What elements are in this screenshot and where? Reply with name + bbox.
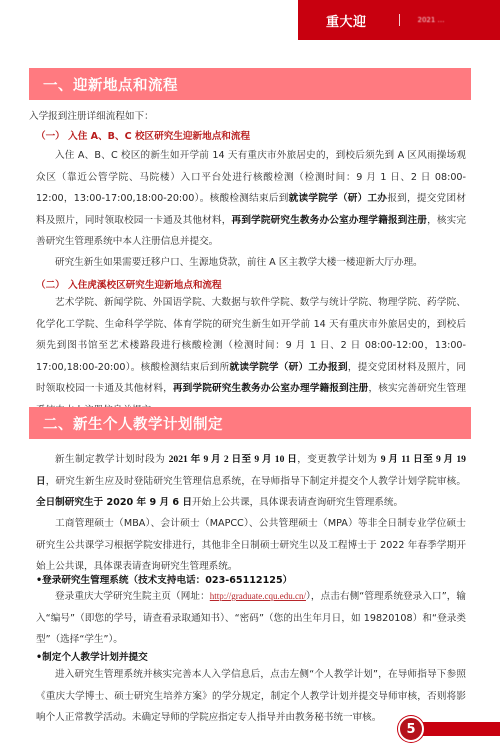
banner-subtitle: 2021 …	[418, 16, 445, 24]
banner-divider	[399, 14, 400, 26]
paragraph-household-registration: 研究生新生如果需要迁移户口、生源地贷款，前往 A 区主教学大楼一楼迎新大厅办理。	[36, 252, 466, 274]
section-header-2: 二、新生个人教学计划制定	[29, 407, 471, 439]
paragraph-huxi-campus: 艺术学院、新闻学院、外国语学院、大数据与软件学院、数学与统计学院、物理学院、药学…	[36, 292, 466, 421]
paragraph-part-time-students: 工商管理硕士（MBA）、会计硕士（MAPCC）、公共管理硕士（MPA）等非全日制…	[36, 513, 466, 578]
intro-text: 入学报到注册详细流程如下：	[29, 106, 459, 128]
graduate-site-link[interactable]: http://graduate.cqu.edu.cn/	[210, 591, 306, 601]
bullet-make-teaching-plan: •制定个人教学计划并提交	[36, 651, 148, 665]
top-banner: 重大迎 2021 …	[298, 0, 500, 40]
subheading-huxi-campus: （二） 入住虎溪校区研究生迎新地点和流程	[36, 279, 222, 293]
footer-bar	[418, 722, 500, 736]
paragraph-abc-campus: 入住 A、B、C 校区的新生如开学前 14 天有重庆市外旅居史的，到校后须先到 …	[36, 145, 466, 253]
paragraph-login-instructions: 登录重庆大学研究生院主页（网址：http://graduate.cqu.edu.…	[36, 586, 466, 651]
page-number-badge: 5	[398, 716, 424, 742]
subheading-abc-campus: （一） 入住 A、B、C 校区研究生迎新地点和流程	[36, 130, 250, 144]
section-header-1: 一、迎新地点和流程	[29, 68, 471, 100]
paragraph-teaching-plan-period: 新生制定教学计划时段为 2021 年 9 月 2 日至 9 月 10 日，变更教…	[36, 449, 466, 514]
banner-brand: 重大迎	[326, 11, 367, 30]
